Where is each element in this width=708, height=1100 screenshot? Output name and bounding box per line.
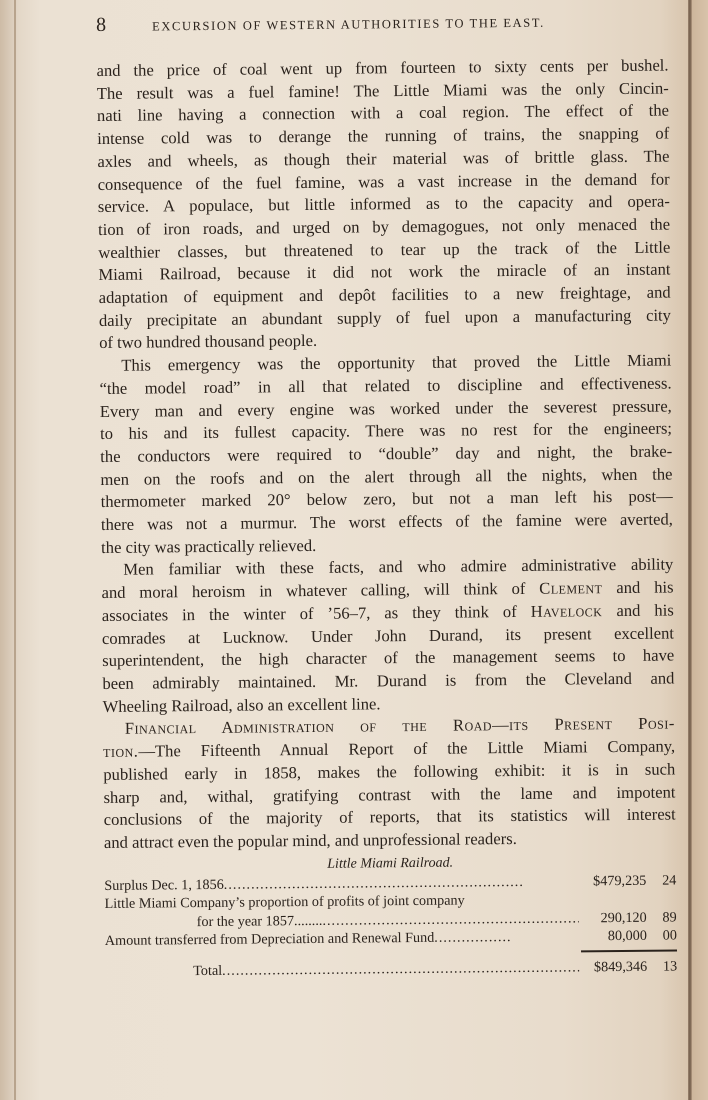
running-head: 8 EXCURSION OF WESTERN AUTHORITIES TO TH… bbox=[96, 9, 668, 48]
total-amount: $849,346 bbox=[579, 957, 647, 976]
row-amount: $479,235 bbox=[578, 871, 646, 890]
sum-rule bbox=[581, 949, 677, 952]
running-title: EXCURSION OF WESTERN AUTHORITIES TO THE … bbox=[152, 16, 545, 35]
leader-dots: ................. bbox=[434, 928, 579, 948]
text-fragment: and moral heroism in whatever calling, w… bbox=[101, 579, 539, 602]
text-fragment: and his bbox=[602, 600, 674, 620]
row-amount: 80,000 bbox=[579, 927, 647, 946]
row-cents: 00 bbox=[647, 927, 677, 946]
row-label: for the year 1857........ bbox=[105, 911, 323, 932]
text-fragment: associates in the winter of ’56–7, as th… bbox=[102, 602, 531, 625]
body-text: and the price of coal went up from fourt… bbox=[96, 55, 676, 855]
table-total-row: Total ..................................… bbox=[105, 957, 677, 981]
total-label: Total bbox=[105, 961, 222, 981]
row-cents: 24 bbox=[646, 871, 676, 890]
text-fragment: and his bbox=[602, 578, 673, 598]
page-gutter bbox=[14, 0, 16, 1100]
text-fragment: —The Fifteenth Annual Report of the Litt… bbox=[138, 737, 675, 761]
text-line: and attract even the popular mind, and u… bbox=[104, 826, 676, 854]
sum-rule-wrap bbox=[105, 949, 677, 956]
paragraph-financial-administration: Financial Administration of the Road—its… bbox=[103, 713, 676, 855]
leader-dots: ........................................… bbox=[222, 958, 579, 980]
section-heading-cont: tion. bbox=[103, 742, 138, 761]
spacer bbox=[465, 903, 677, 905]
paragraph-administrative-ability: Men familiar with these facts, and who a… bbox=[101, 554, 674, 718]
row-cents: 89 bbox=[647, 908, 677, 927]
financial-table: Surplus Dec. 1, 1856 ...................… bbox=[104, 871, 677, 981]
total-cents: 13 bbox=[647, 957, 677, 976]
name-havelock: Havelock bbox=[531, 601, 603, 621]
row-label: Amount transferred from Depreciation and… bbox=[105, 929, 435, 951]
leader-dots: ........................................… bbox=[322, 909, 578, 930]
page-text-block: 8 EXCURSION OF WESTERN AUTHORITIES TO TH… bbox=[96, 9, 677, 982]
adjacent-page-edge bbox=[692, 0, 708, 1100]
row-amount: 290,120 bbox=[579, 908, 647, 927]
name-clement: Clement bbox=[539, 578, 602, 598]
page-number: 8 bbox=[96, 13, 152, 37]
paragraph-fuel-famine: and the price of coal went up from fourt… bbox=[96, 55, 671, 356]
paragraph-emergency: This emergency was the opportunity that … bbox=[99, 350, 673, 560]
leader-dots: ........................................… bbox=[224, 872, 579, 894]
book-page: 8 EXCURSION OF WESTERN AUTHORITIES TO TH… bbox=[0, 0, 694, 1100]
row-label: Surplus Dec. 1, 1856 bbox=[104, 875, 224, 895]
